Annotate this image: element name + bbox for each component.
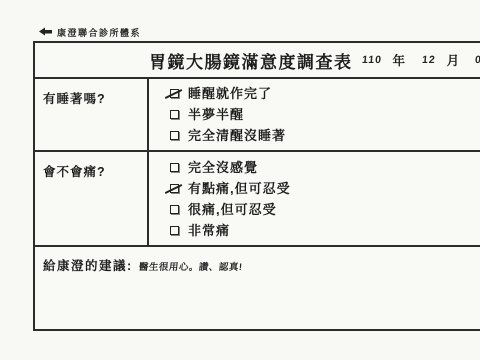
checkbox-option[interactable]: 半夢半醒 bbox=[170, 107, 480, 122]
title-row: 胃鏡大腸鏡滿意度調查表 110 年 12 月 02 bbox=[35, 43, 480, 79]
suggestion-label: 給康澄的建議: bbox=[43, 259, 133, 273]
checkbox-option[interactable]: 完全沒感覺 bbox=[170, 160, 480, 175]
option-label: 非常痛 bbox=[188, 223, 230, 238]
clinic-logo: 康澄聯合診所體系 bbox=[39, 23, 141, 41]
date-day-value: 02 bbox=[475, 54, 480, 66]
question-row-sleep: 有睡著嗎? 睡醒就作完了 半夢半醒 完全清醒沒睡著 bbox=[35, 79, 480, 152]
option-label: 有點痛,但可忍受 bbox=[188, 181, 291, 196]
question-label-pain: 會不會痛? bbox=[35, 152, 149, 245]
question-row-pain: 會不會痛? 完全沒感覺 有點痛,但可忍受 很痛,但可忍受 非常痛 bbox=[35, 152, 480, 247]
checkbox-option[interactable]: 完全清醒沒睡著 bbox=[170, 128, 480, 143]
checkbox-icon[interactable] bbox=[170, 205, 179, 214]
date-year-value: 110 bbox=[361, 54, 382, 66]
option-label: 很痛,但可忍受 bbox=[188, 202, 277, 217]
checkbox-option[interactable]: 非常痛 bbox=[170, 223, 480, 238]
page-title: 胃鏡大腸鏡滿意度調查表 bbox=[149, 48, 353, 73]
question-options-sleep: 睡醒就作完了 半夢半醒 完全清醒沒睡著 bbox=[149, 79, 480, 150]
option-label: 完全沒感覺 bbox=[188, 160, 258, 175]
checkbox-icon[interactable] bbox=[170, 184, 179, 193]
question-options-pain: 完全沒感覺 有點痛,但可忍受 很痛,但可忍受 非常痛 bbox=[149, 152, 480, 245]
checkbox-icon[interactable] bbox=[170, 226, 179, 235]
checkbox-icon[interactable] bbox=[170, 89, 179, 98]
bird-logo-icon bbox=[39, 23, 53, 41]
clinic-name: 康澄聯合診所體系 bbox=[57, 26, 141, 39]
option-label: 睡醒就作完了 bbox=[188, 86, 272, 101]
checkbox-icon[interactable] bbox=[170, 163, 179, 172]
checkbox-option[interactable]: 很痛,但可忍受 bbox=[170, 202, 480, 217]
option-label: 完全清醒沒睡著 bbox=[188, 128, 286, 143]
option-label: 半夢半醒 bbox=[188, 107, 244, 122]
checkbox-option[interactable]: 有點痛,但可忍受 bbox=[170, 181, 480, 196]
date-year-label: 年 bbox=[392, 51, 405, 69]
checkbox-option[interactable]: 睡醒就作完了 bbox=[170, 86, 480, 101]
suggestion-row: 給康澄的建議: 醫生很用心。讚、認真! bbox=[35, 247, 480, 275]
survey-form-table: 胃鏡大腸鏡滿意度調查表 110 年 12 月 02 有睡著嗎? 睡醒就作完了 半… bbox=[33, 41, 480, 331]
date-month-value: 12 bbox=[421, 54, 436, 66]
question-label-sleep: 有睡著嗎? bbox=[35, 79, 149, 150]
date-month-label: 月 bbox=[447, 51, 460, 69]
suggestion-handwriting: 醫生很用心。讚、認真! bbox=[139, 259, 244, 273]
checkbox-icon[interactable] bbox=[170, 110, 179, 119]
checkbox-icon[interactable] bbox=[170, 131, 179, 140]
